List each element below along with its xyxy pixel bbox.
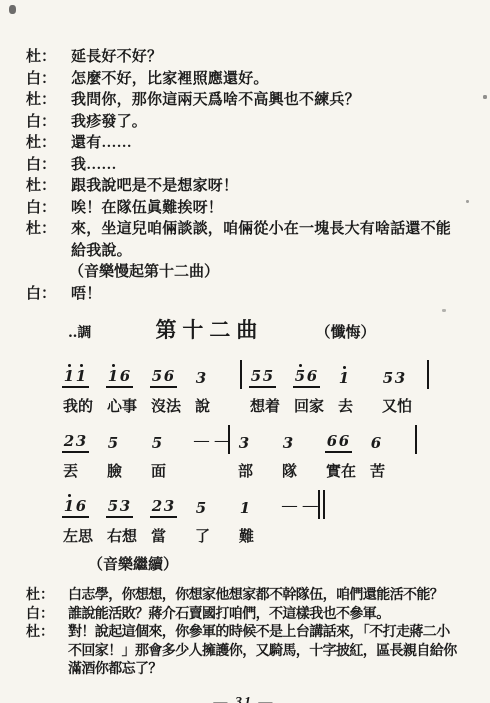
note-digit: 1	[64, 369, 74, 385]
note: 6	[119, 364, 131, 385]
note-tokens: 56	[150, 364, 177, 388]
lyric: 難	[238, 525, 282, 546]
notes-row: 5	[106, 425, 150, 453]
note-tokens: 55	[249, 364, 276, 388]
note: 3	[195, 366, 207, 387]
notes-row: 56	[293, 360, 337, 388]
dialogue-text: 還有……	[71, 133, 462, 155]
note-group: 1去	[337, 360, 381, 416]
lyric: 又怕	[381, 395, 425, 416]
note-group: 23當	[150, 490, 194, 546]
note-group: 1難	[238, 490, 282, 546]
note-tokens: 53	[381, 366, 408, 388]
lyric: 部	[237, 460, 281, 481]
dialogue-text: 誰說能活敗？蔣介石賣國打咱們，不這樣我也不參軍。	[68, 606, 462, 625]
note-digit: 6	[120, 369, 130, 385]
lyric: 想着	[249, 395, 293, 416]
lyric: 右想	[106, 525, 150, 546]
note-digit: 5	[108, 436, 118, 452]
note-group: 5臉	[106, 425, 150, 481]
note-digit: 1	[240, 501, 250, 517]
note: 6	[326, 429, 338, 450]
notes-row: — —	[194, 425, 226, 453]
lyric: 沒法	[150, 395, 194, 416]
note-digit: 5	[295, 369, 305, 385]
note-digit: 5	[152, 369, 162, 385]
dialogue-line: 杜：來，坐這兒咱倆談談，咱倆從小在一塊長大有啥話還不能給我說。	[26, 219, 462, 262]
note-tokens: 6	[369, 431, 384, 453]
page-content: 杜：延長好不好？白：怎麼不好，比家裡照應還好。杜：我問你，那你這兩天爲啥不高興也…	[0, 0, 490, 703]
speaker-label: 白：	[26, 284, 71, 306]
note: 5	[195, 496, 207, 517]
note-dash-group: — —	[282, 490, 314, 546]
note: 5	[151, 431, 163, 452]
note: 3	[282, 431, 294, 452]
duration-dash: — —	[282, 498, 319, 518]
note-group: 5了	[194, 490, 238, 546]
song-subtitle: （懺悔）	[315, 321, 375, 342]
notes-row: 1	[238, 490, 282, 518]
dialogue-line: 白：怎麼不好，比家裡照應還好。	[26, 69, 462, 91]
barline-part	[318, 490, 320, 519]
song-title: 第十二曲	[155, 314, 263, 344]
lyric: 回家	[293, 395, 337, 416]
note-group: 16左思	[62, 490, 106, 546]
bottom-dialogue-section: 杜：白志學，你想想，你想家他想家都不幹隊伍，咱們還能活不能？白：誰說能活敗？蔣介…	[26, 587, 462, 680]
note-tokens: 3	[281, 431, 296, 453]
duration-dash: — —	[194, 433, 231, 453]
notes-row: 6	[369, 425, 413, 453]
dialogue-text: 對！說起這個來，你參軍的時候不是上台講話來，「不打走蔣二小不回家！」那會多少人擁…	[68, 624, 462, 680]
note-group: 53右想	[106, 490, 150, 546]
dialogue-line: 白：誰說能活敗？蔣介石賣國打咱們，不這樣我也不參軍。	[26, 606, 462, 625]
dialogue-text: 來，坐這兒咱倆談談，咱倆從小在一塊長大有啥話還不能給我說。	[71, 219, 462, 262]
note-tokens: 23	[150, 494, 177, 518]
notes-row: 53	[381, 360, 425, 388]
dialogue-line: 白：唉！在隊伍眞難挨呀！	[26, 198, 462, 220]
notes-row: — —	[282, 490, 314, 518]
notes-row: 23	[150, 490, 194, 518]
note-digit: 6	[307, 369, 317, 385]
notes-row: 11	[62, 360, 106, 388]
note-digit: 5	[383, 371, 393, 387]
note-group: 11我的	[62, 360, 106, 416]
dialogue-line: 杜：我問你，那你這兩天爲啥不高興也不練兵？	[26, 90, 462, 112]
lyric: 實在	[325, 460, 369, 481]
lyric: 左思	[62, 525, 106, 546]
note-digit: 6	[339, 434, 349, 450]
note-digit: 6	[327, 434, 337, 450]
music-line: 16左思53右想23當5了1難— —	[62, 490, 462, 546]
note-digit: 2	[64, 434, 74, 450]
note-tokens: 5	[106, 431, 121, 453]
speaker-label: 白：	[26, 112, 71, 134]
note-digit: 6	[371, 436, 381, 452]
dialogue-text: 跟我說吧是不是想家呀！	[71, 176, 462, 198]
notes-row: 16	[62, 490, 106, 518]
lyric: 我的	[62, 395, 106, 416]
note-group: 55想着	[249, 360, 293, 416]
note: 5	[107, 494, 119, 515]
dialogue-line: 杜：還有……	[26, 133, 462, 155]
dialogue-line: 杜：對！說起這個來，你參軍的時候不是上台講話來，「不打走蔣二小不回家！」那會多少…	[26, 624, 462, 680]
speaker-label: 白：	[26, 155, 71, 177]
note-digit: 3	[164, 499, 174, 515]
lyric: 心事	[106, 395, 150, 416]
note-digit: 5	[152, 436, 162, 452]
music-notation-block: 11我的16心事56沒法3說55想着56回家1去53又怕23丟5臉5面— —3部…	[62, 360, 462, 546]
lyric: 面	[150, 460, 194, 481]
speaker-label: 白：	[26, 69, 71, 91]
note-group: 5面	[150, 425, 194, 481]
note-digit: 3	[239, 436, 249, 452]
speaker-label: 杜：	[26, 133, 71, 155]
note-digit: 5	[108, 499, 118, 515]
note-digit: 6	[164, 369, 174, 385]
note-tokens: 16	[106, 364, 133, 388]
note: 1	[239, 496, 251, 517]
dialogue-text: 我問你，那你這兩天爲啥不高興也不練兵？	[71, 90, 462, 112]
note: 5	[107, 431, 119, 452]
note: 5	[250, 364, 262, 385]
note: 6	[338, 429, 350, 450]
speaker-label: 白：	[26, 606, 68, 625]
speaker-label: 杜：	[26, 587, 68, 606]
double-barline-icon	[318, 490, 328, 519]
note: 1	[63, 494, 75, 515]
note: 2	[151, 494, 163, 515]
note-group: 3說	[194, 360, 238, 416]
scan-speck	[442, 309, 446, 312]
note: 3	[163, 494, 175, 515]
note: 6	[163, 364, 175, 385]
barline-icon	[415, 425, 417, 454]
note-digit: 1	[339, 371, 349, 387]
note: 5	[294, 364, 306, 385]
dialogue-text: 怎麼不好，比家裡照應還好。	[71, 69, 462, 91]
note: 5	[262, 364, 274, 385]
note-tokens: 1	[337, 366, 352, 388]
scan-speck	[9, 5, 16, 14]
note-group: 3隊	[281, 425, 325, 481]
note-group: 56回家	[293, 360, 337, 416]
speaker-label: 杜：	[26, 624, 68, 680]
scan-speck	[483, 95, 487, 99]
dialogue-line: 杜：跟我說吧是不是想家呀！	[26, 176, 462, 198]
note: 1	[75, 364, 87, 385]
speaker-label: 白：	[26, 198, 71, 220]
note-tokens: 3	[194, 366, 209, 388]
dialogue-text: 白志學，你想想，你想家他想家都不幹隊伍，咱們還能活不能？	[68, 587, 462, 606]
dialogue-line: 白：我……	[26, 155, 462, 177]
dialogue-text: 唔！	[71, 284, 462, 306]
note: 3	[238, 431, 250, 452]
speaker-label: 杜：	[26, 90, 71, 112]
dialogue-line: 白：我疹發了。	[26, 112, 462, 134]
scan-speck	[466, 200, 469, 203]
note-tokens: 5	[194, 496, 209, 518]
note: 6	[306, 364, 318, 385]
note-digit: 1	[76, 369, 86, 385]
lyric: 了	[194, 525, 238, 546]
stage-direction: （音樂慢起第十二曲）	[26, 262, 462, 284]
notes-row: 1	[337, 360, 381, 388]
note-tokens: 11	[62, 364, 89, 388]
lyric: 苦	[369, 460, 413, 481]
note: 5	[151, 364, 163, 385]
note-tokens: 3	[237, 431, 252, 453]
music-line: 11我的16心事56沒法3說55想着56回家1去53又怕	[62, 360, 462, 416]
note-digit: 1	[108, 369, 118, 385]
note-digit: 6	[76, 499, 86, 515]
notes-row: 3	[237, 425, 281, 453]
notes-row: 23	[62, 425, 106, 453]
note-tokens: 1	[238, 496, 253, 518]
lyric: 說	[194, 395, 238, 416]
notes-row: 55	[249, 360, 293, 388]
notes-row: 5	[194, 490, 238, 518]
barline-icon	[427, 360, 429, 389]
note-group: 23丟	[62, 425, 106, 481]
dialogue-text: 唉！在隊伍眞難挨呀！	[71, 198, 462, 220]
note-digit: 1	[64, 499, 74, 515]
note-digit: 3	[120, 499, 130, 515]
note: 3	[75, 429, 87, 450]
dialogue-text: 我……	[71, 155, 462, 177]
speaker-label: 杜：	[26, 47, 71, 69]
notes-row: 16	[106, 360, 150, 388]
note: 2	[63, 429, 75, 450]
note-tokens: 16	[62, 494, 89, 518]
note-group: 16心事	[106, 360, 150, 416]
notes-row: 3	[281, 425, 325, 453]
barline-part	[323, 490, 325, 519]
note-digit: 2	[152, 499, 162, 515]
note-digit: 3	[196, 371, 206, 387]
note-digit: 3	[76, 434, 86, 450]
note-tokens: 53	[106, 494, 133, 518]
note-tokens: 5	[150, 431, 165, 453]
lyric	[194, 460, 226, 481]
note-tokens: 23	[62, 429, 89, 453]
lyric: 臉	[106, 460, 150, 481]
lyric: 去	[337, 395, 381, 416]
lyric: 丟	[62, 460, 106, 481]
barline-icon	[240, 360, 242, 389]
dialogue-line: 白：唔！	[26, 284, 462, 306]
note-tokens: 56	[293, 364, 320, 388]
note: 1	[107, 364, 119, 385]
note-group: 53又怕	[381, 360, 425, 416]
note: 6	[370, 431, 382, 452]
notes-row: 66	[325, 425, 369, 453]
notes-row: 5	[150, 425, 194, 453]
note: 3	[119, 494, 131, 515]
stage-direction: （音樂繼續）	[26, 553, 462, 574]
note: 3	[394, 366, 406, 387]
note-group: 3部	[237, 425, 281, 481]
note-dash-group: — —	[194, 425, 226, 481]
song-header: ‥調 第十二曲 （懺悔）	[26, 314, 462, 344]
note-group: 66實在	[325, 425, 369, 481]
note-digit: 3	[395, 371, 405, 387]
notes-row: 3	[194, 360, 238, 388]
dialogue-line: 杜：白志學，你想想，你想家他想家都不幹隊伍，咱們還能活不能？	[26, 587, 462, 606]
note-digit: 3	[283, 436, 293, 452]
song-key-signature: ‥調	[68, 322, 91, 342]
note-group: 6苦	[369, 425, 413, 481]
note: 5	[382, 366, 394, 387]
lyric: 當	[150, 525, 194, 546]
note-digit: 5	[263, 369, 273, 385]
notes-row: 53	[106, 490, 150, 518]
note-digit: 5	[196, 501, 206, 517]
speaker-label: 杜：	[26, 219, 71, 262]
music-line: 23丟5臉5面— —3部3隊66實在6苦	[62, 425, 462, 481]
note: 6	[75, 494, 87, 515]
note: 1	[338, 366, 350, 387]
note-tokens: 66	[325, 429, 352, 453]
dialogue-text: 我疹發了。	[71, 112, 462, 134]
note-digit: 5	[251, 369, 261, 385]
barline-icon	[228, 425, 230, 454]
top-dialogue-section: 杜：延長好不好？白：怎麼不好，比家裡照應還好。杜：我問你，那你這兩天爲啥不高興也…	[26, 47, 462, 305]
dialogue-text: 延長好不好？	[71, 47, 462, 69]
lyric: 隊	[281, 460, 325, 481]
notes-row: 56	[150, 360, 194, 388]
scanned-script-page: 杜：延長好不好？白：怎麼不好，比家裡照應還好。杜：我問你，那你這兩天爲啥不高興也…	[0, 0, 490, 703]
note: 1	[63, 364, 75, 385]
note-group: 56沒法	[150, 360, 194, 416]
dialogue-line: 杜：延長好不好？	[26, 47, 462, 69]
lyric	[282, 525, 314, 546]
page-number: — 31 —	[26, 695, 462, 703]
speaker-label: 杜：	[26, 176, 71, 198]
